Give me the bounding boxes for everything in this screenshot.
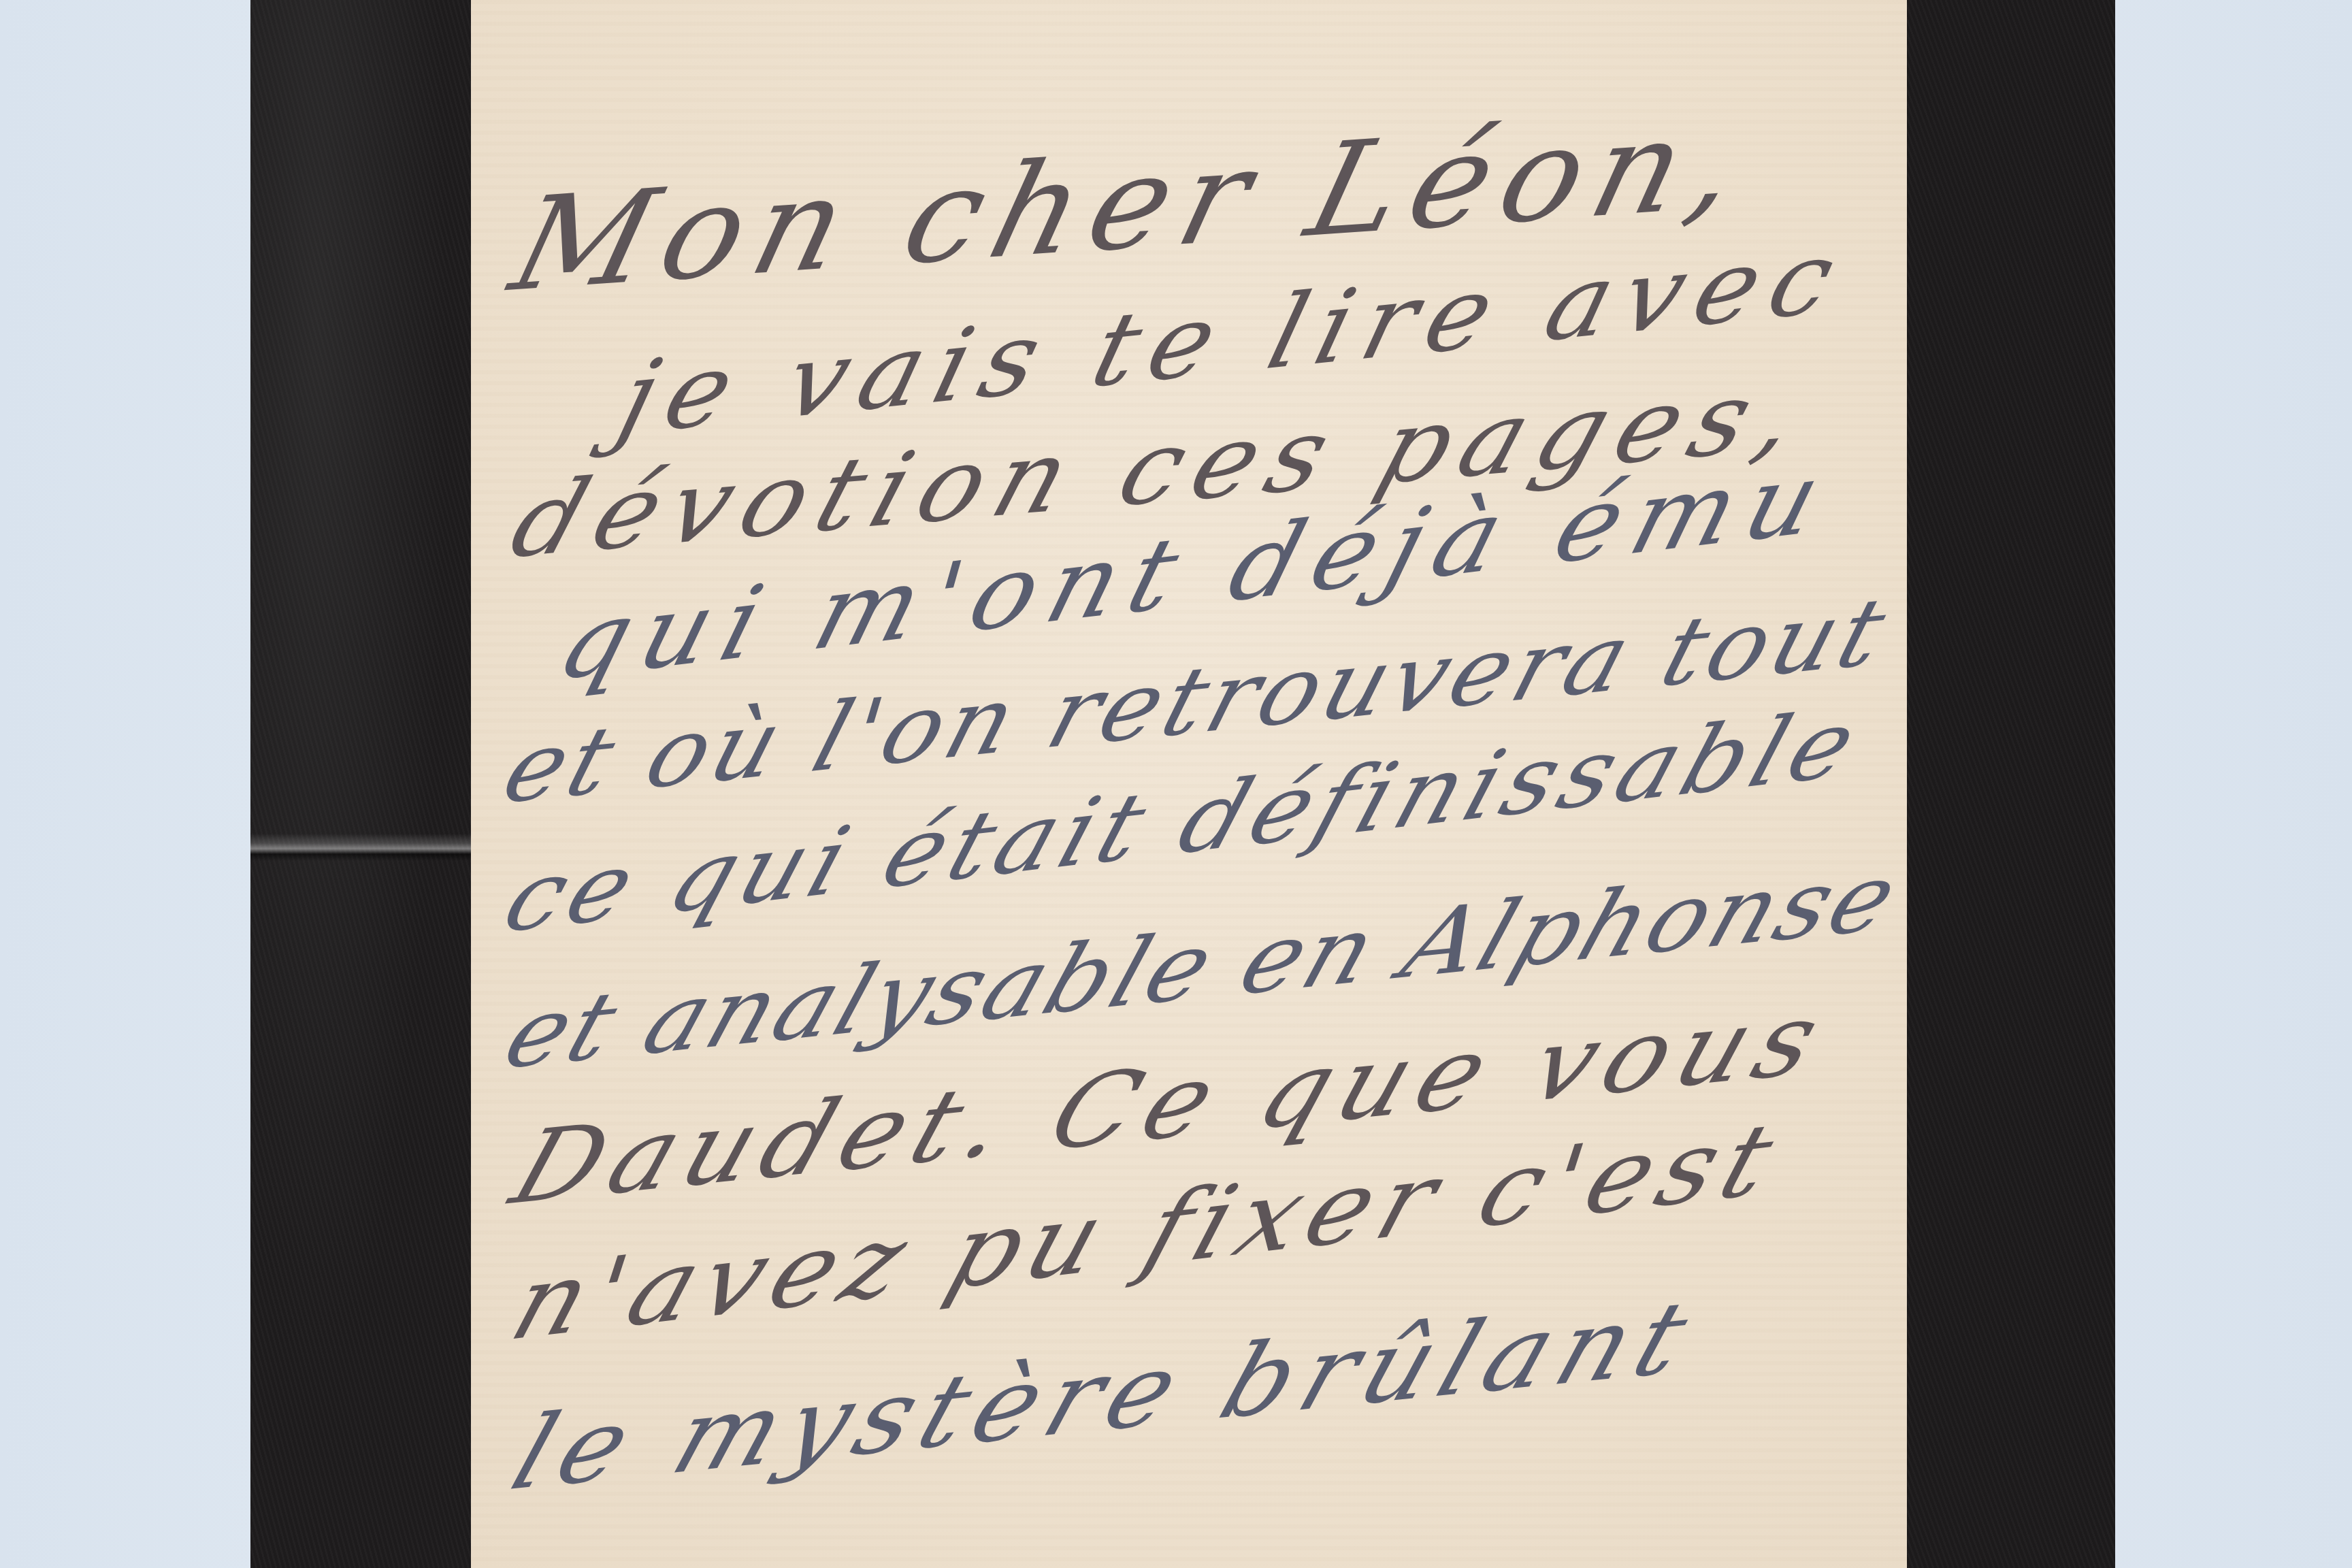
letter-sheet: Mon cher Léon, je vais te lire avec dévo… (250, 0, 2115, 1568)
mourning-border-left (250, 0, 471, 1568)
letter-body: Mon cher Léon, je vais te lire avec dévo… (471, 0, 1907, 1568)
fold-crease (250, 834, 471, 861)
mourning-border-right (1907, 0, 2115, 1568)
letter-paper: Mon cher Léon, je vais te lire avec dévo… (471, 0, 1907, 1568)
